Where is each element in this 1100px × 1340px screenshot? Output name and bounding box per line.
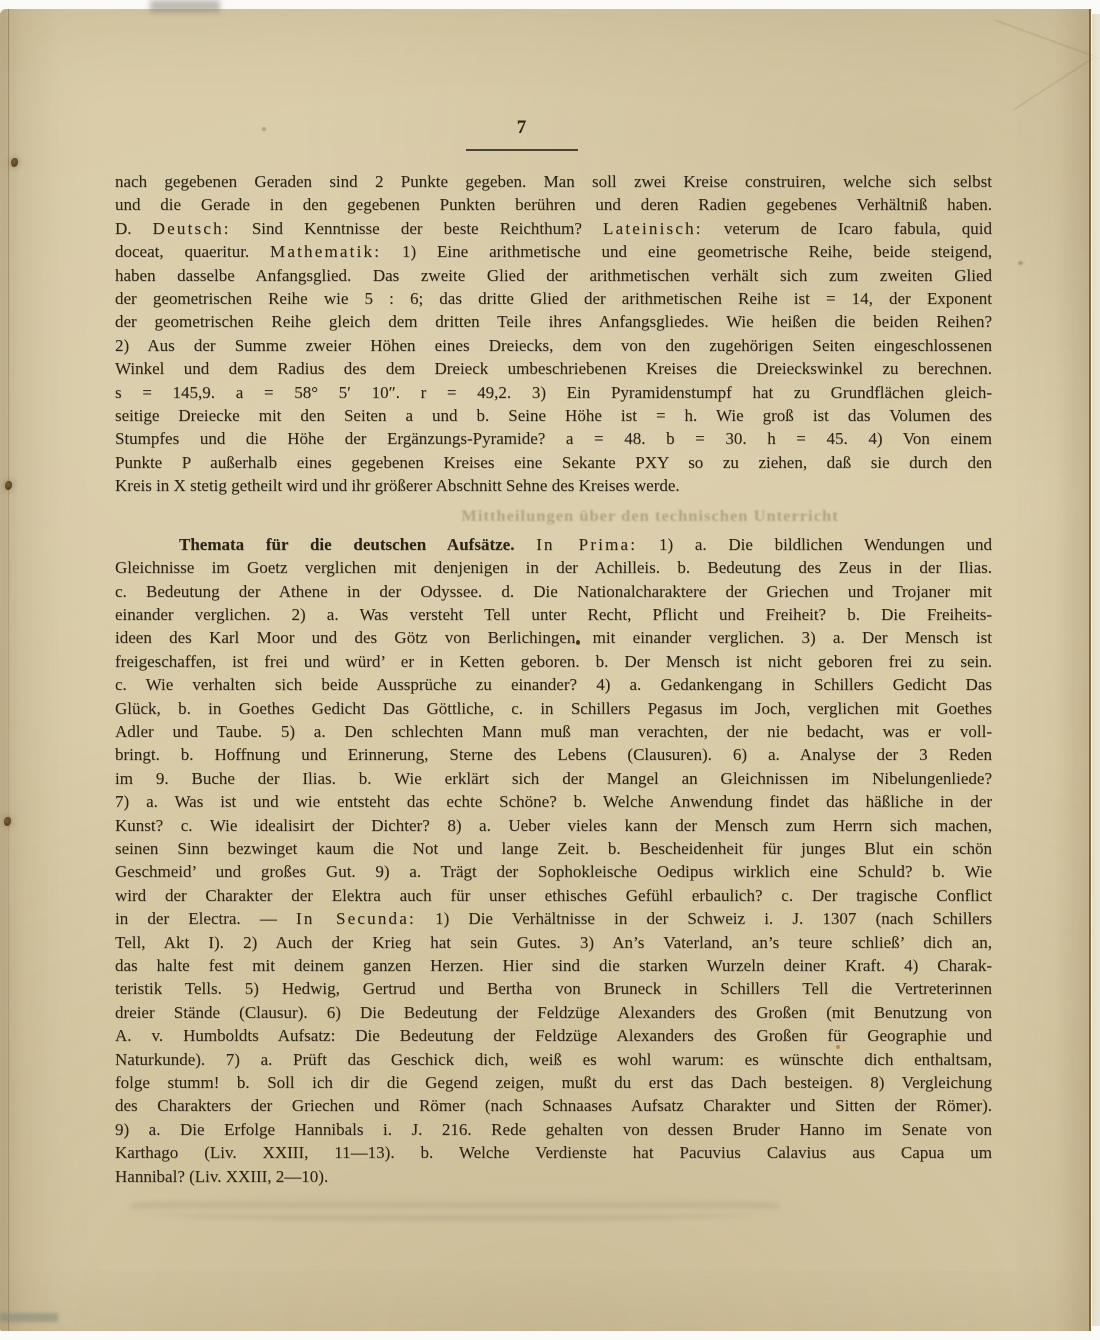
- text-line: c. Bedeutung der Athene in der Odyssee. …: [115, 580, 992, 603]
- ink-speck: [576, 640, 580, 645]
- text-line: nach gegebenen Geraden sind 2 Punkte geg…: [115, 170, 992, 193]
- text-line: Themata für die deutschen Aufsätze. In P…: [115, 533, 992, 556]
- body-text: 7) a. Was ist und wie entsteht das echte…: [115, 792, 992, 811]
- ink-speck: [262, 127, 266, 131]
- body-text: c. Wie verhalten sich beide Aussprüche z…: [115, 675, 992, 694]
- corner-mark: [0, 1313, 58, 1322]
- body-text: Kreis in X stetig getheilt wird und ihr …: [115, 476, 680, 495]
- body-text: der geometrischen Reihe gleich dem dritt…: [115, 312, 992, 331]
- text-line: und die Gerade in den gegebenen Punkten …: [115, 193, 992, 216]
- text-line: folge stumm! b. Soll ich dir die Gegend …: [115, 1071, 992, 1094]
- text-line: dreier Stände (Clausur). 6) Die Bedeutun…: [115, 1001, 992, 1024]
- body-text: 1) Eine arithmetische und eine geometris…: [381, 242, 992, 261]
- body-text: freigeschaffen, ist frei und würd’ er in…: [115, 652, 992, 671]
- emphasized-text: Lateinisch:: [603, 219, 703, 238]
- body-text: teristik Tells. 5) Hedwig, Gertrud und B…: [115, 979, 992, 998]
- text-line: Glück, b. in Goethes Gedicht Das Göttlic…: [115, 697, 992, 720]
- text-line: freigeschaffen, ist frei und würd’ er in…: [115, 650, 992, 673]
- body-text: folge stumm! b. Soll ich dir die Gegend …: [115, 1073, 992, 1092]
- body-text: Hannibal? (Liv. XXIII, 2—10).: [115, 1167, 328, 1186]
- page-number-rule: [466, 149, 578, 151]
- body-text: veterum de Icaro fabula, quid: [703, 219, 992, 238]
- document-page: 7 Mittheilungen über den technischen Unt…: [0, 9, 1091, 1331]
- text-line: Kunst? c. Wie idealisirt der Dichter? 8)…: [115, 814, 992, 837]
- body-text: Glück, b. in Goethes Gedicht Das Göttlic…: [115, 699, 992, 718]
- text-line: bringt. b. Hoffnung und Erinnerung, Ster…: [115, 743, 992, 766]
- body-text: Kunst? c. Wie idealisirt der Dichter? 8)…: [115, 816, 992, 835]
- text-line: der geometrischen Reihe wie 5 : 6; das d…: [115, 287, 992, 310]
- body-text: dreier Stände (Clausur). 6) Die Bedeutun…: [115, 1003, 992, 1022]
- body-text: Naturkunde). 7) a. Prüft das Geschick di…: [115, 1050, 992, 1069]
- body-text: seitige Dreiecke mit den Seiten a und b.…: [115, 406, 992, 425]
- body-text: Adler und Taube. 5) a. Den schlechten Ma…: [115, 722, 992, 741]
- text-line: s = 145,9. a = 58° 5′ 10″. r = 49,2. 3) …: [115, 381, 992, 404]
- text-line: doceat, quaeritur. Mathematik: 1) Eine a…: [115, 240, 992, 263]
- emphasized-text: In Prima:: [536, 535, 637, 554]
- body-text: Stumpfes und die Höhe der Ergänzungs-Pyr…: [115, 429, 992, 448]
- body-text: D.: [115, 219, 153, 238]
- body-text: Sind Kenntnisse der beste Reichthum?: [231, 219, 603, 238]
- body-text: haben dasselbe Anfangsglied. Das zweite …: [115, 266, 992, 285]
- body-text: einander verglichen. 2) a. Was versteht …: [115, 605, 992, 624]
- text-line: seitige Dreiecke mit den Seiten a und b.…: [115, 404, 992, 427]
- text-line: seinen Sinn bezwinget kaum die Not und l…: [115, 837, 992, 860]
- body-text: Gleichnisse im Goetz verglichen mit denj…: [115, 558, 992, 577]
- text-line: Kreis in X stetig getheilt wird und ihr …: [115, 474, 992, 497]
- text-line: Gleichnisse im Goetz verglichen mit denj…: [115, 556, 992, 579]
- text-line: c. Wie verhalten sich beide Aussprüche z…: [115, 673, 992, 696]
- corner-crease: [1013, 57, 1094, 110]
- text-line: Punkte P außerhalb eines gegebenen Kreis…: [115, 451, 992, 474]
- body-text: in der Electra. —: [115, 909, 296, 928]
- body-text: ideen des Karl Moor und des Götz von Ber…: [115, 628, 992, 647]
- page-number: 7: [466, 117, 578, 139]
- body-text: Tell, Akt I). 2) Auch der Krieg hat sein…: [115, 933, 992, 952]
- body-text: 2) Aus der Summe zweier Höhen eines Drei…: [115, 336, 992, 355]
- text-line: Naturkunde). 7) a. Prüft das Geschick di…: [115, 1048, 992, 1071]
- text-line: der geometrischen Reihe gleich dem dritt…: [115, 310, 992, 333]
- text-line: das halte fest mit deinem ganzen Herzen.…: [115, 954, 992, 977]
- body-text: bringt. b. Hoffnung und Erinnerung, Ster…: [115, 745, 992, 764]
- body-text: 1) a. Die bildlichen Wendungen und: [637, 535, 992, 554]
- body-text: im 9. Buche der Ilias. b. Wie erklärt si…: [115, 769, 992, 788]
- text-line: Tell, Akt I). 2) Auch der Krieg hat sein…: [115, 931, 992, 954]
- scan-smudge: [150, 0, 220, 12]
- body-text: doceat, quaeritur.: [115, 242, 270, 261]
- emphasized-text: Deutsch:: [153, 219, 231, 238]
- emphasized-text: Themata für die deutschen Aufsätze.: [179, 535, 514, 554]
- text-line: Geschmeid’ und großes Gut. 9) a. Trägt d…: [115, 860, 992, 883]
- body-text: Karthago (Liv. XXIII, 11—13). b. Welche …: [115, 1143, 992, 1162]
- body-text: Punkte P außerhalb eines gegebenen Kreis…: [115, 453, 992, 472]
- text-line: in der Electra. — In Secunda: 1) Die Ver…: [115, 907, 992, 930]
- text-line: Karthago (Liv. XXIII, 11—13). b. Welche …: [115, 1141, 992, 1164]
- body-text: der geometrischen Reihe wie 5 : 6; das d…: [115, 289, 992, 308]
- text-line: im 9. Buche der Ilias. b. Wie erklärt si…: [115, 767, 992, 790]
- bleedthrough-smudge: [130, 1195, 780, 1221]
- body-text: wird der Charakter der Elektra auch für …: [115, 886, 992, 905]
- text-line: wird der Charakter der Elektra auch für …: [115, 884, 992, 907]
- text-line: teristik Tells. 5) Hedwig, Gertrud und B…: [115, 977, 992, 1000]
- text-line: Stumpfes und die Höhe der Ergänzungs-Pyr…: [115, 427, 992, 450]
- body-text: das halte fest mit deinem ganzen Herzen.…: [115, 956, 992, 975]
- text-line: ideen des Karl Moor und des Götz von Ber…: [115, 626, 992, 649]
- binding-crease: [8, 9, 9, 1331]
- ink-speck: [836, 1045, 840, 1049]
- body-text: und die Gerade in den gegebenen Punkten …: [115, 195, 992, 214]
- body-text: 9) a. Die Erfolge Hannibals i. J. 216. R…: [115, 1120, 992, 1139]
- text-line: Winkel und dem Radius des dem Dreieck um…: [115, 357, 992, 380]
- text-line: A. v. Humboldts Aufsatz: Die Bedeutung d…: [115, 1024, 992, 1047]
- body-text: s = 145,9. a = 58° 5′ 10″. r = 49,2. 3) …: [115, 383, 992, 402]
- page-stack-edge: [1092, 14, 1100, 1326]
- exam-topics-paragraph: nach gegebenen Geraden sind 2 Punkte geg…: [115, 170, 992, 498]
- body-text: nach gegebenen Geraden sind 2 Punkte geg…: [115, 172, 992, 191]
- text-line: Hannibal? (Liv. XXIII, 2—10).: [115, 1165, 992, 1188]
- text-line: 7) a. Was ist und wie entsteht das echte…: [115, 790, 992, 813]
- staple-hole: [5, 481, 12, 490]
- body-text: 1) Die Verhältnisse in der Schweiz i. J.…: [416, 909, 992, 928]
- body-text: [514, 535, 536, 554]
- text-line: haben dasselbe Anfangsglied. Das zweite …: [115, 264, 992, 287]
- staple-hole: [11, 158, 18, 167]
- german-essay-topics-paragraph: Themata für die deutschen Aufsätze. In P…: [115, 533, 992, 1188]
- staple-hole: [4, 817, 11, 826]
- body-text: Geschmeid’ und großes Gut. 9) a. Trägt d…: [115, 862, 992, 881]
- body-text: c. Bedeutung der Athene in der Odyssee. …: [115, 582, 992, 601]
- text-block: nach gegebenen Geraden sind 2 Punkte geg…: [115, 170, 992, 1188]
- text-line: 2) Aus der Summe zweier Höhen eines Drei…: [115, 334, 992, 357]
- text-line: Adler und Taube. 5) a. Den schlechten Ma…: [115, 720, 992, 743]
- text-line: einander verglichen. 2) a. Was versteht …: [115, 603, 992, 626]
- body-text: des Charakters der Griechen und Römer (n…: [115, 1096, 992, 1115]
- text-line: 9) a. Die Erfolge Hannibals i. J. 216. R…: [115, 1118, 992, 1141]
- text-line: des Charakters der Griechen und Römer (n…: [115, 1094, 992, 1117]
- ink-speck: [1018, 261, 1023, 265]
- corner-crease: [995, 20, 1100, 59]
- text-line: D. Deutsch: Sind Kenntnisse der beste Re…: [115, 217, 992, 240]
- body-text: Winkel und dem Radius des dem Dreieck um…: [115, 359, 992, 378]
- body-text: A. v. Humboldts Aufsatz: Die Bedeutung d…: [115, 1026, 992, 1045]
- emphasized-text: In Secunda:: [296, 909, 416, 928]
- body-text: seinen Sinn bezwinget kaum die Not und l…: [115, 839, 992, 858]
- emphasized-text: Mathematik:: [270, 242, 381, 261]
